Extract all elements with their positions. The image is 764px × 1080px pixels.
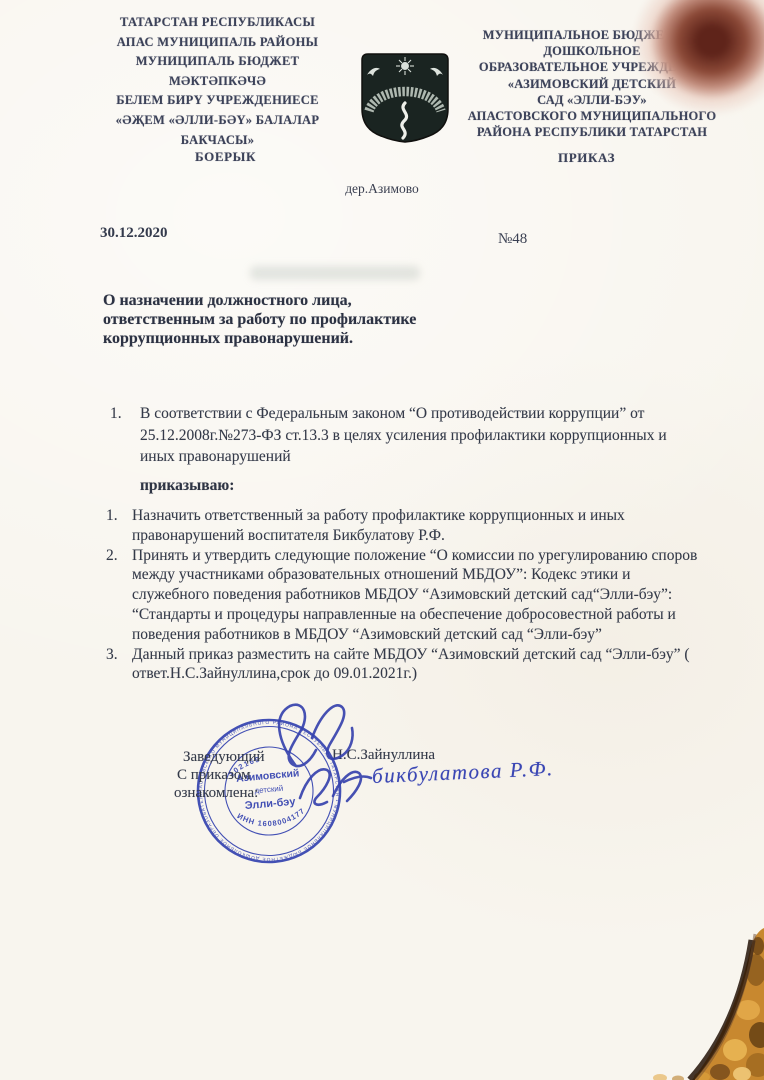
preamble-text: В соответствии с Федеральным законом “О … [140, 403, 688, 468]
settlement-name: дер.Азимово [300, 181, 464, 197]
order-items-list: 1. Назначить ответственный за работу про… [106, 506, 698, 684]
page-curl-corner [640, 850, 764, 1080]
item-text: Назначить ответственный за работу профил… [132, 506, 698, 546]
org-name-russian-line: РАЙОНА РЕСПУБЛИКИ ТАТАРСТАН [424, 124, 760, 140]
order-date: 30.12.2020 [100, 225, 168, 242]
order-title-line: коррупционных правонарушений. [103, 329, 416, 348]
stamp-center-line: детский [254, 784, 284, 795]
org-name-tatar: ТАТАРСТАН РЕСПУБЛИКАСЫ АПАС МУНИЦИПАЛЬ Р… [70, 13, 365, 150]
org-name-tatar-line: ТАТАРСТАН РЕСПУБЛИКАСЫ [70, 13, 365, 33]
org-name-tatar-line: «ӘҖЕМ «ӘЛЛИ-БӘҮ» БАЛАЛАР [70, 111, 365, 131]
org-name-tatar-line: БАКЧАСЫ» [70, 131, 365, 151]
signature-role: Заведующий [183, 749, 265, 766]
item-text: Принять и утвердить следующие положение … [132, 546, 698, 645]
scanned-order-document: ТАТАРСТАН РЕСПУБЛИКАСЫ АПАС МУНИЦИПАЛЬ Р… [0, 0, 764, 1080]
doc-type-tatar: БОЕРЫК [195, 149, 256, 165]
org-name-tatar-line: БЕЛЕМ БИРҮ УЧРЕЖДЕНИЕСЕ [70, 91, 365, 111]
doc-type-russian: ПРИКАЗ [558, 150, 615, 166]
order-item: 1. Назначить ответственный за работу про… [106, 506, 698, 546]
decree-word: приказываю: [140, 477, 234, 495]
acknowledgement-line: С приказом [177, 767, 251, 784]
org-name-tatar-line: МУНИЦИПАЛЬ БЮДЖЕТ [70, 52, 365, 72]
preamble-number: 1. [110, 403, 122, 425]
order-number: №48 [498, 231, 527, 248]
item-number: 3. [106, 645, 132, 685]
order-title-line: ответственным за работу по профилактике [103, 310, 416, 329]
faded-text-artifact [250, 266, 420, 280]
order-item: 2. Принять и утвердить следующие положен… [106, 546, 698, 645]
item-number: 2. [106, 546, 132, 645]
order-item: 3. Данный приказ разместить на сайте МБД… [106, 645, 698, 685]
order-title: О назначении должностного лица, ответств… [103, 291, 416, 348]
item-text: Данный приказ разместить на сайте МБДОУ … [132, 645, 698, 685]
org-name-tatar-line: МӘКТӘПКӘЧӘ [70, 72, 365, 92]
finger-smudge [632, 0, 764, 116]
org-name-tatar-line: АПАС МУНИЦИПАЛЬ РАЙОНЫ [70, 33, 365, 53]
preamble-paragraph: 1. В соответствии с Федеральным законом … [110, 403, 688, 468]
acknowledgement-line: ознакомлена: [174, 785, 258, 802]
item-number: 1. [106, 506, 132, 546]
order-title-line: О назначении должностного лица, [103, 291, 416, 310]
